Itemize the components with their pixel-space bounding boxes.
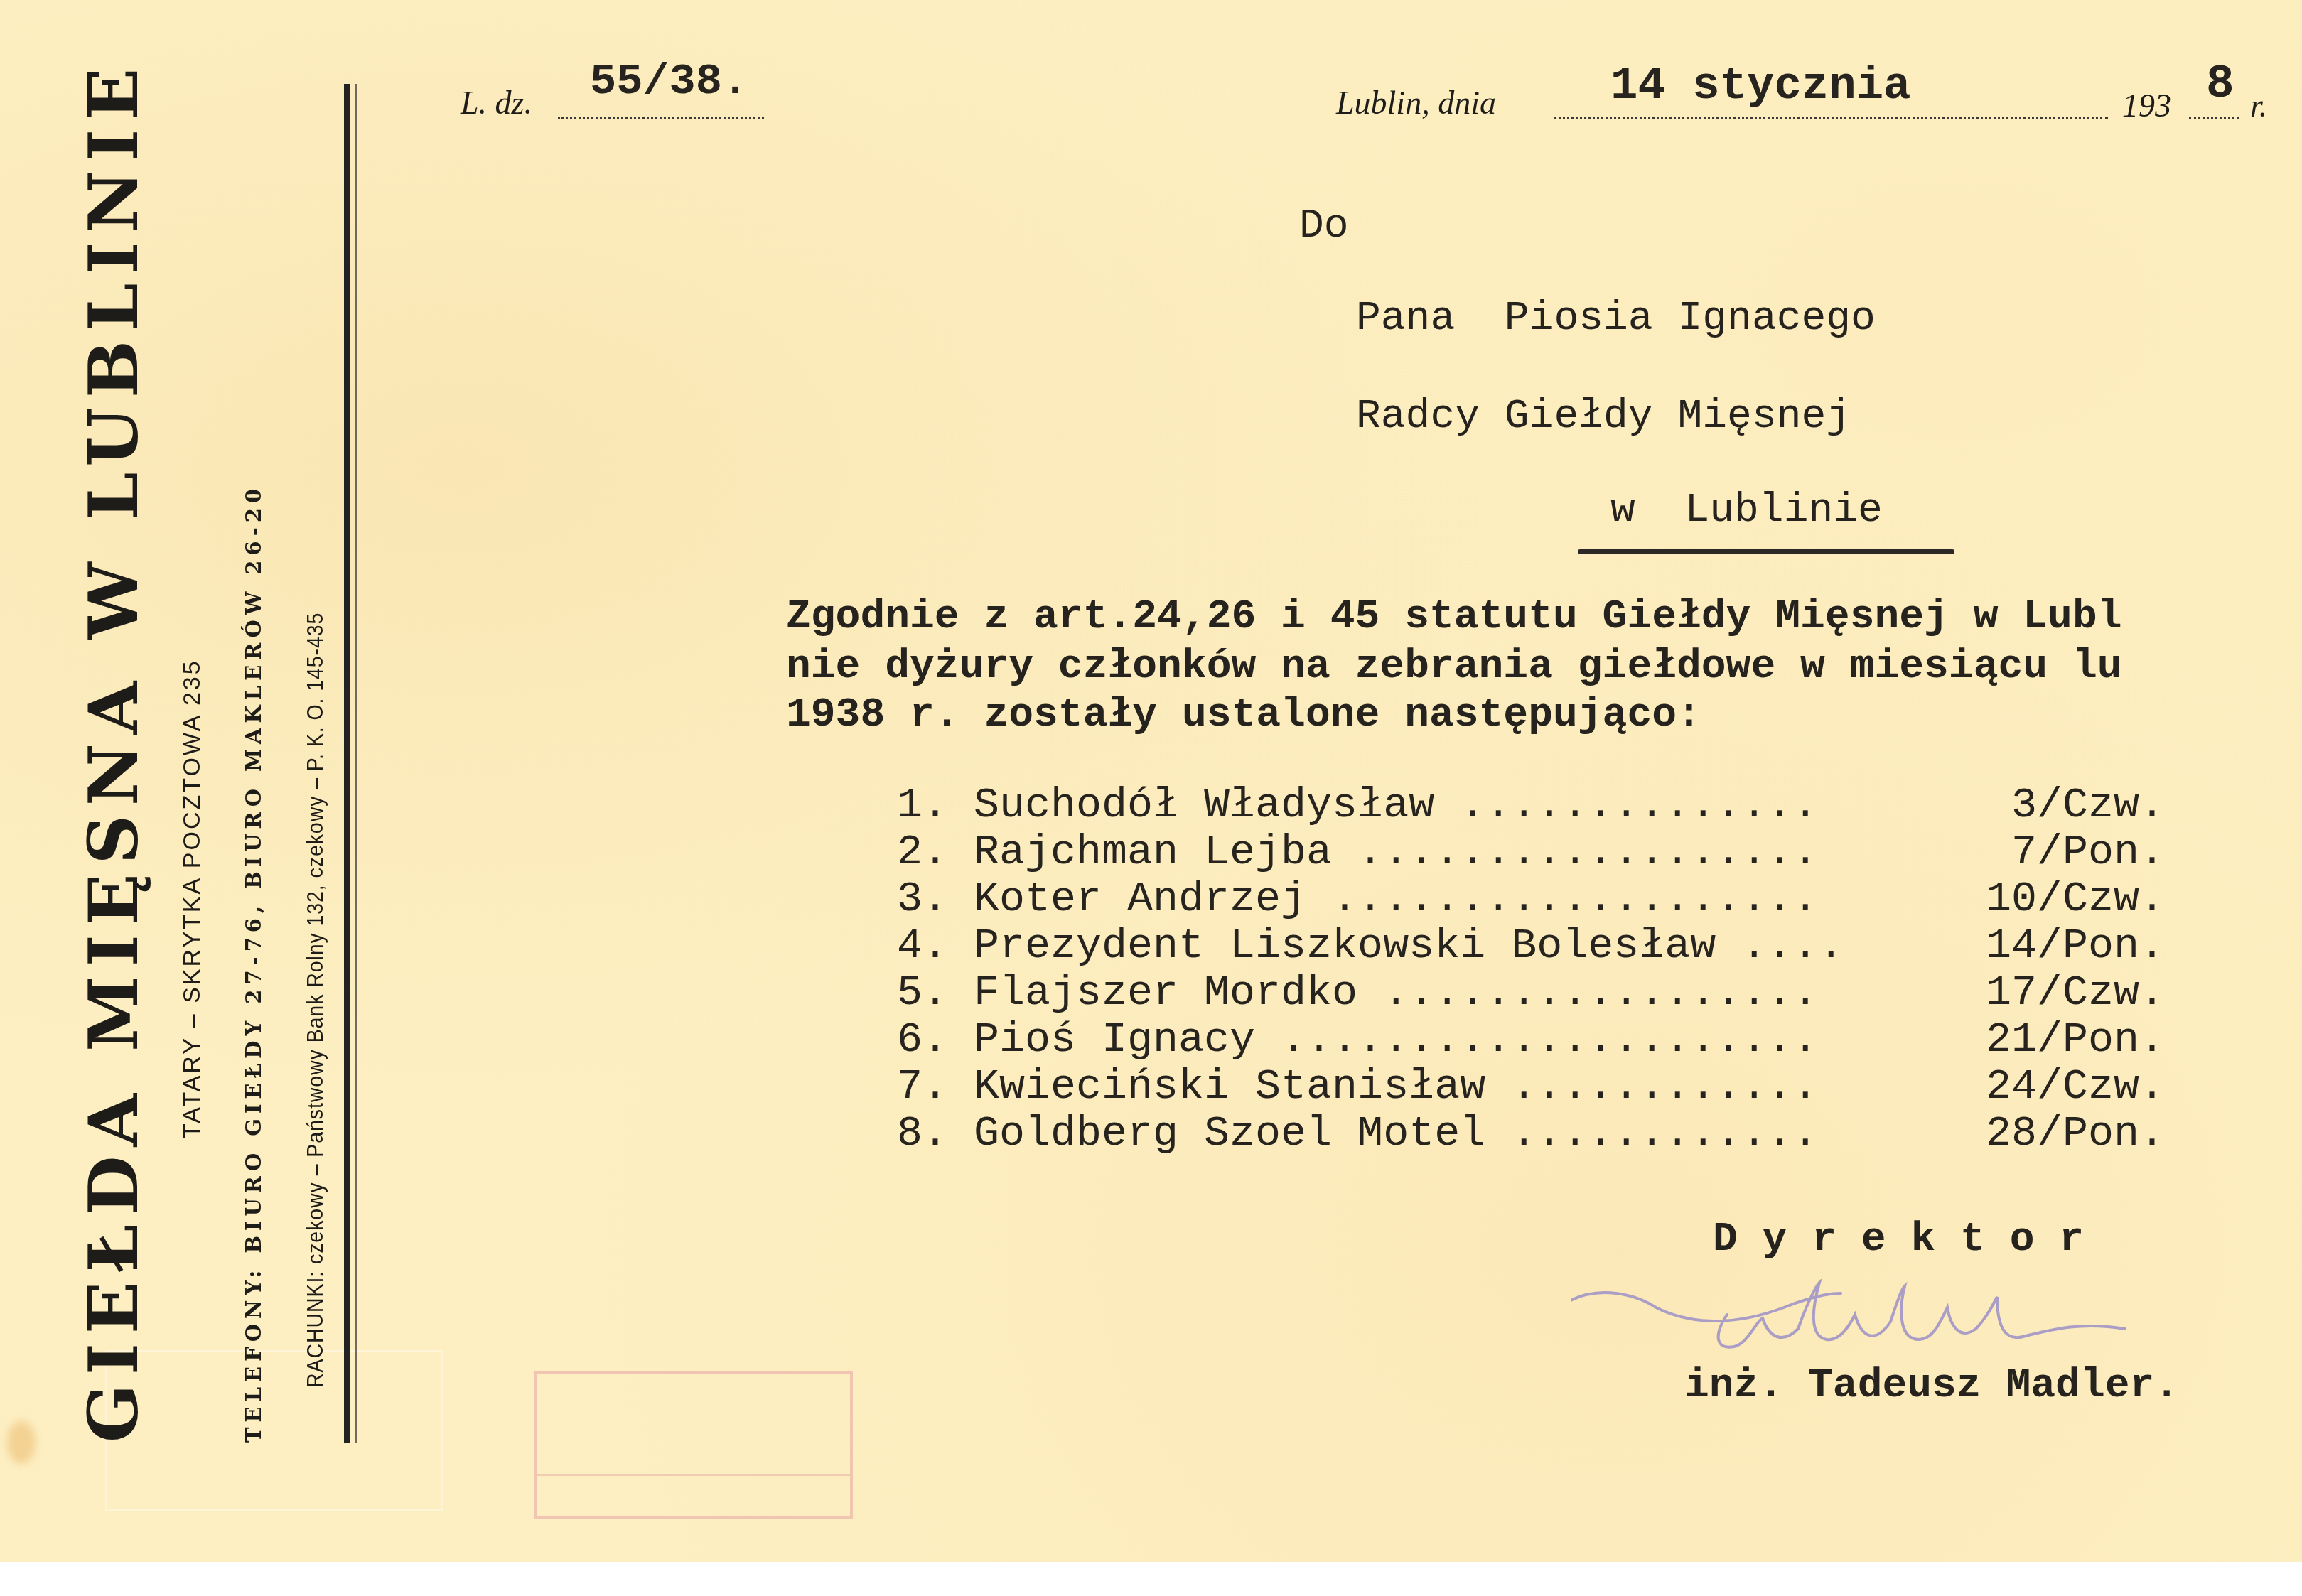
item-number: 1.	[897, 782, 948, 830]
body-line-2: nie dyżury członków na zebrania giełdowe…	[786, 647, 2122, 688]
item-duty: 3/Czw.	[2011, 784, 2165, 827]
item-duty: 24/Czw.	[1986, 1066, 2165, 1109]
item-name: Pioś Ignacy .....................	[974, 1016, 1818, 1064]
place-label: Lublin, dnia	[1336, 84, 1496, 122]
item-name: Suchodół Władysław ..............	[974, 782, 1818, 830]
item-duty: 10/Czw.	[1986, 878, 2165, 921]
reference-label: L. dz.	[461, 84, 532, 122]
letter-page: GIEŁDA MIĘSNA W LUBLINIE TATARY – SKRYTK…	[0, 0, 2302, 1562]
reference-dotted-line	[558, 117, 764, 119]
list-item: 7. Kwieciński Stanisław ............	[897, 1066, 1818, 1109]
letterhead: GIEŁDA MIĘSNA W LUBLINIE TATARY – SKRYTK…	[43, 78, 355, 1443]
item-name: Prezydent Liszkowski Bolesław ....	[974, 922, 1844, 971]
signatory-name: inż. Tadeusz Madler.	[1684, 1366, 2179, 1407]
list-item: 6. Pioś Ignacy .....................	[897, 1019, 1818, 1062]
list-item: 5. Flajszer Mordko .................	[897, 972, 1818, 1015]
handwritten-signature	[1571, 1279, 2253, 1357]
year-suffix: r.	[2250, 87, 2267, 124]
date-value: 14 stycznia	[1610, 64, 1910, 109]
recipient-underline	[1578, 549, 1954, 554]
item-duty: 21/Pon.	[1986, 1019, 2165, 1062]
item-name: Goldberg Szoel Motel ............	[974, 1110, 1818, 1158]
list-item: 2. Rajchman Lejba ..................	[897, 831, 1818, 874]
item-duty: 7/Pon.	[2011, 831, 2165, 874]
faint-stamp	[534, 1371, 853, 1519]
reference-number: 55/38.	[590, 60, 748, 104]
item-duty: 28/Pon.	[1986, 1113, 2165, 1155]
date-dotted-line	[1554, 117, 2108, 119]
recipient-title: Radcy Giełdy Mięsnej	[1356, 397, 1851, 438]
item-duty: 17/Czw.	[1986, 972, 2165, 1015]
item-number: 4.	[897, 922, 948, 971]
body-line-3: 1938 r. zostały ustalone następująco:	[786, 695, 1701, 736]
organization-accounts: RACHUNKI: czekowy – Państwowy Bank Rolny…	[304, 613, 326, 1388]
list-item: 4. Prezydent Liszkowski Bolesław ....	[897, 925, 1844, 968]
list-item: 3. Koter Andrzej ...................	[897, 878, 1818, 921]
organization-phones: TELEFONY: BIURO GIEŁDY 27-76, BIURO MAKL…	[244, 484, 264, 1443]
organization-name: GIEŁDA MIĘSNA W LUBLINIE	[80, 78, 148, 1443]
recipient-name: Pana Piosia Ignacego	[1356, 298, 1876, 340]
item-number: 7.	[897, 1063, 948, 1111]
signatory-title: D y r e k t o r	[1713, 1219, 2084, 1261]
recipient-city: w Lublinie	[1610, 490, 1883, 532]
item-name: Flajszer Mordko .................	[974, 969, 1818, 1018]
letterhead-rule-thin	[355, 84, 357, 1443]
organization-address: TATARY – SKRYTKA POCZTOWA 235	[180, 659, 204, 1138]
recipient-to: Do	[1299, 206, 1349, 247]
item-number: 5.	[897, 969, 948, 1018]
year-prefix: 193	[2122, 87, 2171, 124]
item-name: Rajchman Lejba ..................	[974, 829, 1818, 877]
stamp-divider	[537, 1474, 850, 1476]
letterhead-rule-thick	[344, 84, 350, 1443]
year-digit: 8	[2206, 61, 2234, 108]
item-number: 6.	[897, 1016, 948, 1064]
item-duty: 14/Pon.	[1986, 925, 2165, 968]
list-item: 1. Suchodół Władysław ..............	[897, 784, 1818, 827]
body-line-1: Zgodnie z art.24,26 i 45 statutu Giełdy …	[786, 597, 2122, 638]
item-number: 2.	[897, 829, 948, 877]
item-name: Koter Andrzej ...................	[974, 875, 1818, 924]
year-dotted-line	[2189, 117, 2239, 119]
item-name: Kwieciński Stanisław ............	[974, 1063, 1818, 1111]
list-item: 8. Goldberg Szoel Motel ............	[897, 1113, 1818, 1155]
item-number: 3.	[897, 875, 948, 924]
item-number: 8.	[897, 1110, 948, 1158]
paper-stain	[7, 1421, 36, 1464]
